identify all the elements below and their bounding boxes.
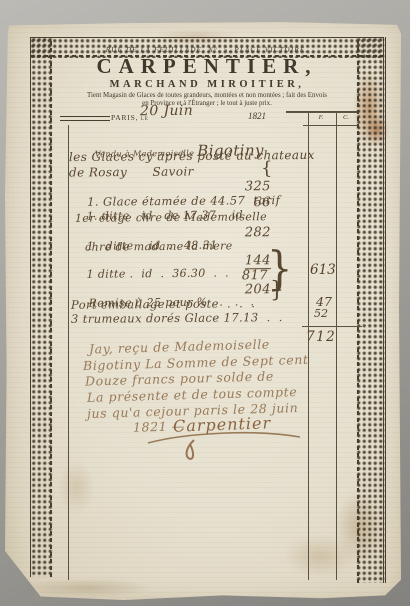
fc-header-underline <box>303 125 357 126</box>
wavy-line <box>50 37 52 577</box>
line-amount: 66 <box>253 195 270 210</box>
invoice-line: chre de madame la mere <box>85 239 233 253</box>
tagline-line2: en Province et à l'Étranger ; le tout à … <box>35 100 379 107</box>
amount-trumeaux: 52 <box>314 307 328 320</box>
sum-brace-small: } <box>270 278 284 303</box>
merchant-name: CARPENTIER, <box>30 54 384 79</box>
savoir-flourish: { <box>261 158 272 179</box>
date-handwritten: 20 Juin <box>140 103 193 119</box>
address-line: RUE DE LA FEUILLADE, N°. 5, PLACE VICTOI… <box>30 46 384 54</box>
photo-backdrop: { "header": { "address": "RUE DE LA FEUI… <box>0 0 410 606</box>
amount-glaces-total: 613 <box>310 262 336 278</box>
invoice-line: les Glaces cy après posté au chateaux <box>69 148 315 164</box>
francs-centimes-divider-rule <box>336 111 337 580</box>
content-left-rule <box>68 125 69 580</box>
francs-column-header: F. <box>307 114 335 121</box>
invoice-line: Port emballage et poste . . . <box>71 296 255 312</box>
decorative-rule <box>60 116 110 121</box>
stain <box>283 534 357 578</box>
tagline-line1: Tient Magasin de Glaces de toutes grande… <box>35 92 379 99</box>
date-year: 1821 <box>248 111 266 121</box>
stain <box>23 578 153 598</box>
invoice-line: 3 trumeaux dorés Glace 17.13 . . <box>71 310 283 326</box>
invoice-paper: RUE DE LA FEUILLADE, N°. 5, PLACE VICTOI… <box>5 22 401 600</box>
line-amount: 325 <box>245 179 271 194</box>
line-amount: 282 <box>245 225 271 240</box>
fc-box-top-line <box>286 111 357 113</box>
merchant-title: MARCHAND MIROITIER, <box>30 79 384 90</box>
grand-total: 712 <box>306 329 336 345</box>
stain <box>57 460 95 514</box>
total-separator-line <box>302 326 362 327</box>
wavy-line <box>357 37 359 583</box>
signature-flourish <box>140 425 310 473</box>
invoice-line: 1er étage chre de Mademoiselle <box>75 210 267 225</box>
frame-left-ornament-border <box>30 37 53 577</box>
frame-right-ornament-border <box>356 37 386 583</box>
centimes-column-header: C. <box>336 114 356 121</box>
subtotal-value: 817 <box>242 268 268 283</box>
invoice-line: de Rosay Savoir <box>69 164 194 179</box>
francs-column-left-rule <box>308 111 309 580</box>
